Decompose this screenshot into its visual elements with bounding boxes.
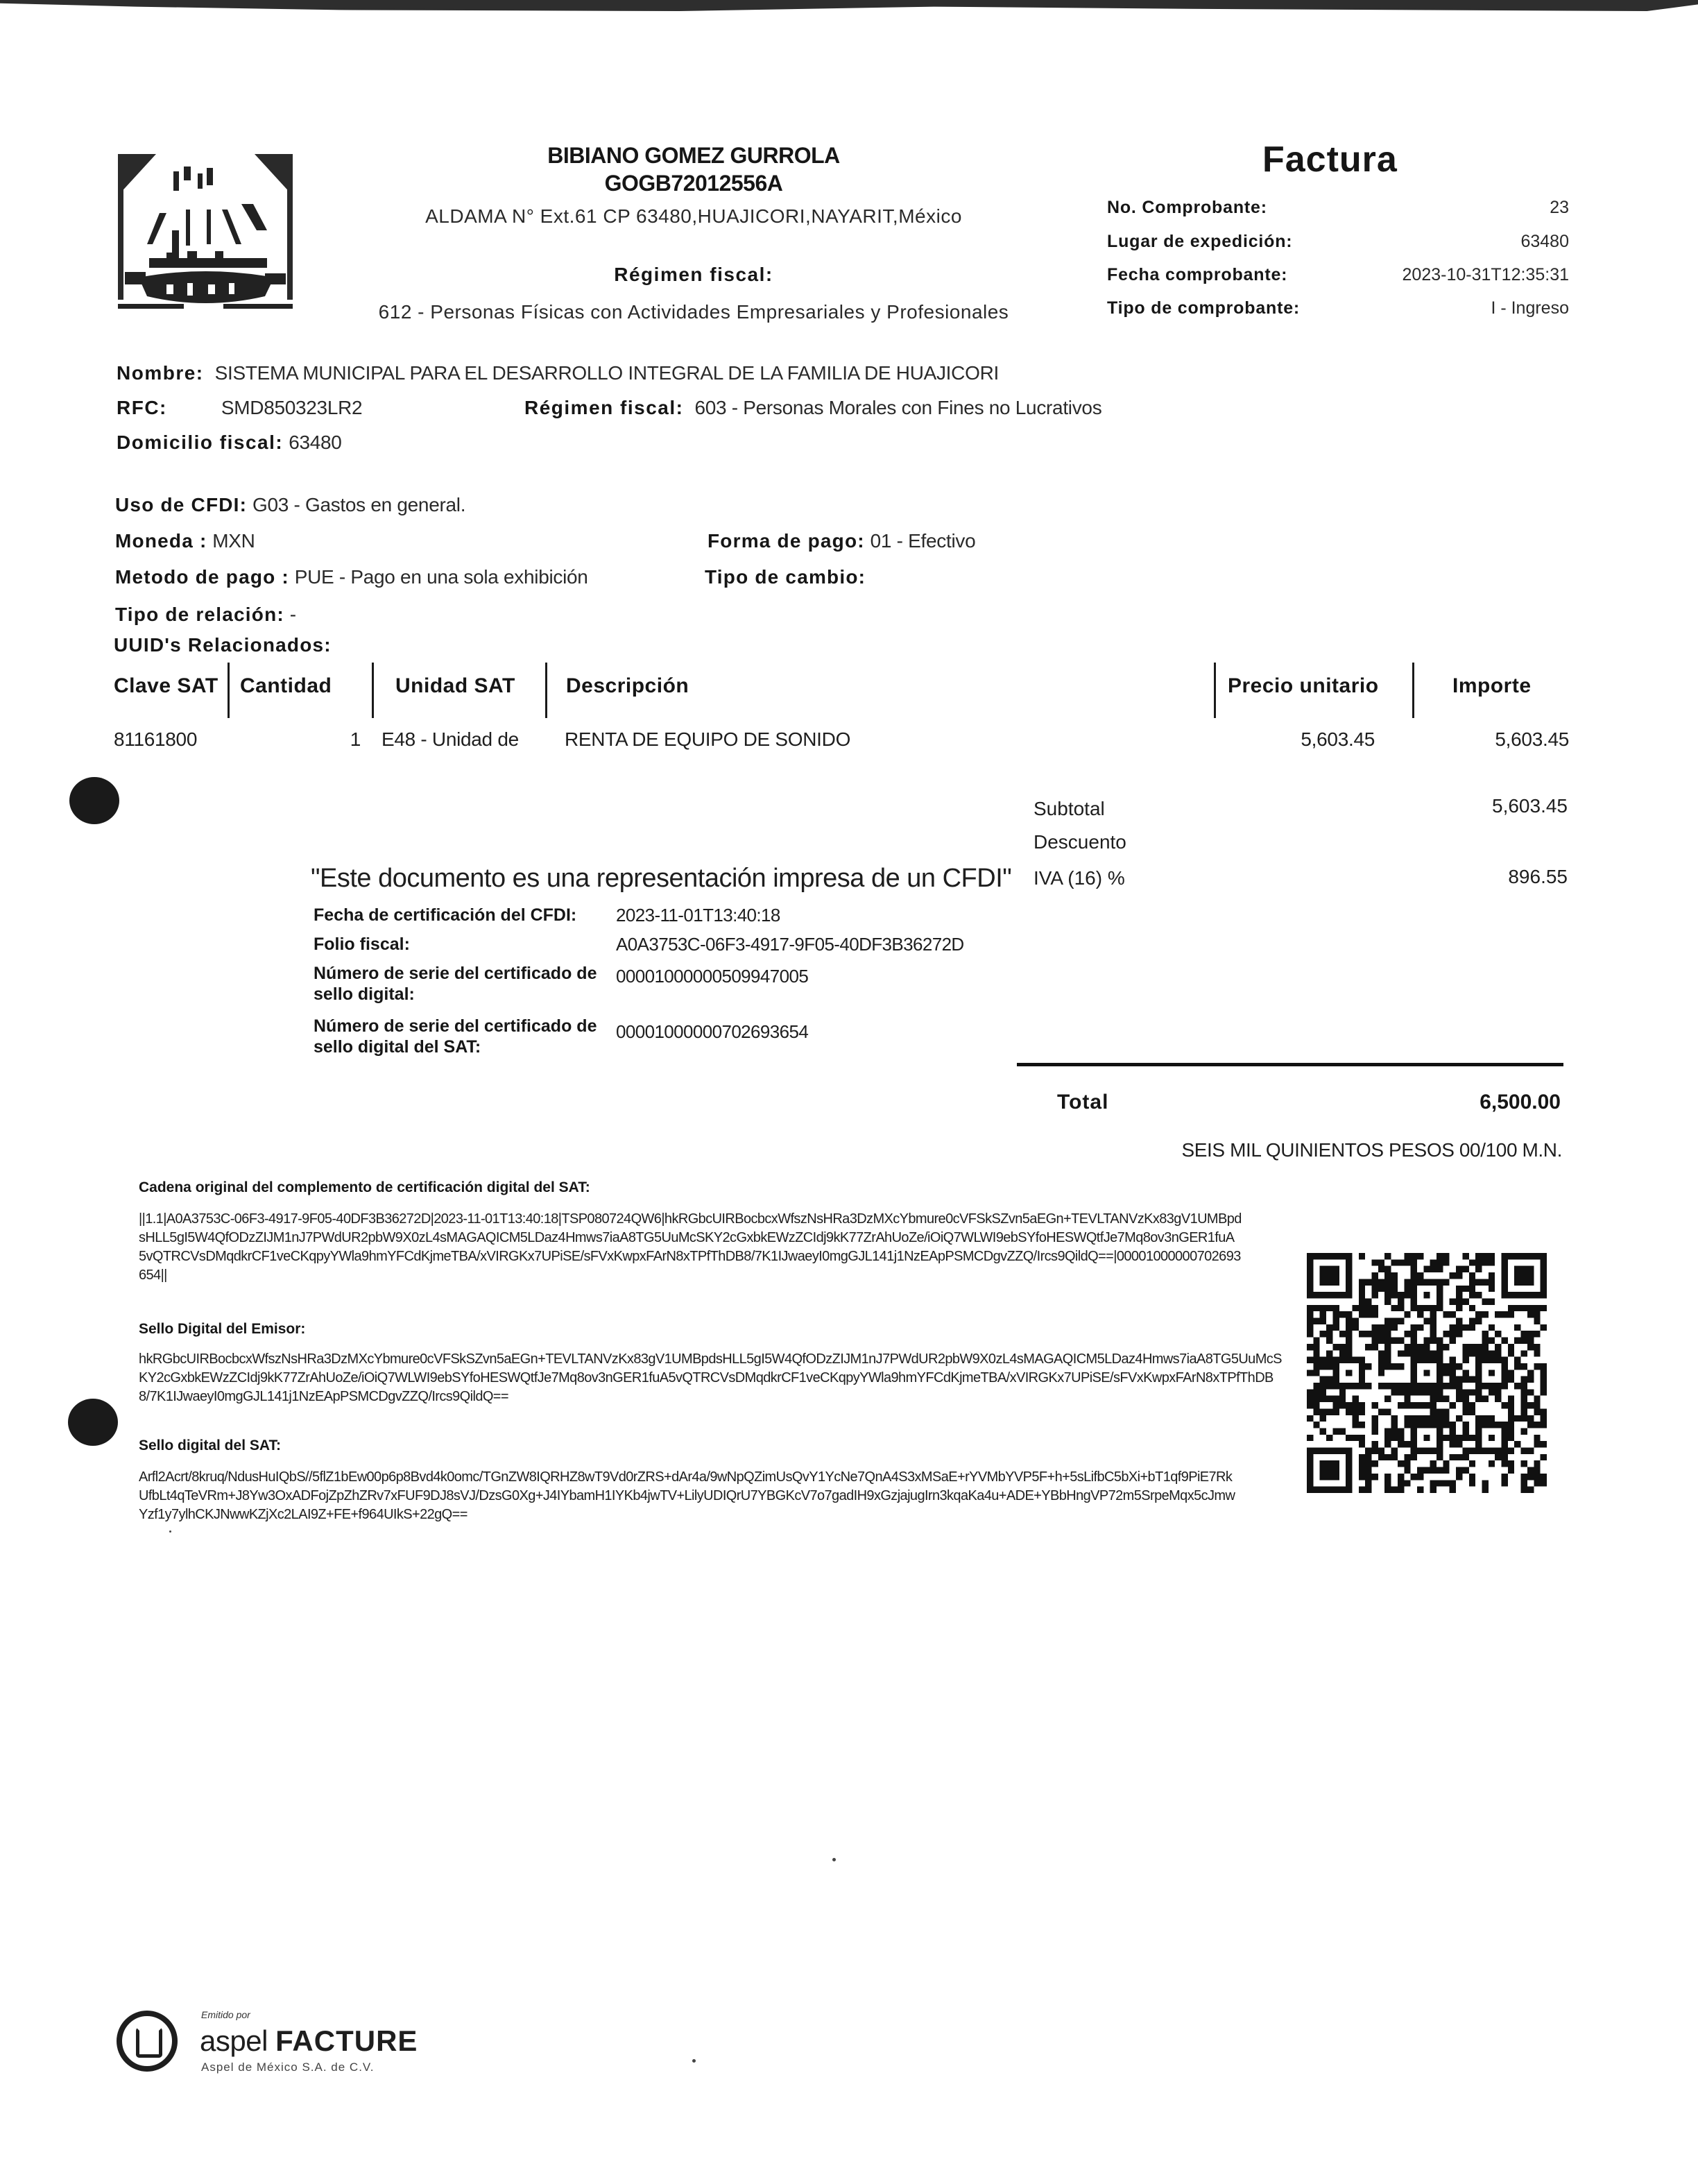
metodo-pago-row: Metodo de pago : PUE - Pago en una sola … xyxy=(115,566,588,588)
total-divider xyxy=(1017,1063,1563,1066)
receiver-domicilio-label: Domicilio fiscal: xyxy=(117,432,283,453)
uso-cfdi-label: Uso de CFDI: xyxy=(115,494,247,515)
forma-pago-value: 01 - Efectivo xyxy=(871,530,976,552)
issuer-address: ALDAMA N° Ext.61 CP 63480,HUAJICORI,NAYA… xyxy=(326,205,1061,228)
meta-tipo-comprobante: Tipo de comprobante: I - Ingreso xyxy=(1107,298,1569,318)
receiver-regimen-value: 603 - Personas Morales con Fines no Lucr… xyxy=(694,397,1101,418)
item-precio-unitario: 5,603.45 xyxy=(1301,728,1375,751)
cadena-original-text: ||1.1|A0A3753C-06F3-4917-9F05-40DF3B3627… xyxy=(139,1210,1242,1285)
meta-label: Tipo de comprobante: xyxy=(1107,298,1300,318)
subtotal-label: Subtotal xyxy=(1034,798,1105,820)
sello-sat-text: Arfl2Acrt/8kruq/NdusHuIQbS//5flZ1bEw00p6… xyxy=(139,1468,1242,1524)
receiver-regimen-row: Régimen fiscal:603 - Personas Morales co… xyxy=(524,397,1101,419)
issuer-name: BIBIANO GOMEZ GURROLA xyxy=(326,143,1061,169)
scan-speck xyxy=(692,2059,696,2063)
moneda-value: MXN xyxy=(212,530,255,552)
uuids-row: UUID's Relacionados: xyxy=(114,634,332,656)
metodo-pago-label: Metodo de pago : xyxy=(115,566,289,588)
total-value: 6,500.00 xyxy=(1480,1091,1561,1114)
column-header-importe: Importe xyxy=(1452,674,1532,698)
document-title: Factura xyxy=(1262,139,1401,180)
cfdi-representation-note: "Este documento es una representación im… xyxy=(311,864,1011,894)
forma-pago-label: Forma de pago: xyxy=(707,530,865,552)
qr-code-icon xyxy=(1307,1253,1547,1493)
aspel-logo-inner-icon xyxy=(136,2027,162,2058)
column-header-cantidad: Cantidad xyxy=(240,674,332,698)
footer-company: Aspel de México S.A. de C.V. xyxy=(201,2061,374,2074)
tipo-cambio-label: Tipo de cambio: xyxy=(705,566,866,588)
item-cantidad: 1 xyxy=(344,728,361,751)
issuer-regimen-value: 612 - Personas Físicas con Actividades E… xyxy=(326,301,1061,323)
footer-brand-light: aspel xyxy=(200,2024,268,2057)
uso-cfdi-row: Uso de CFDI: G03 - Gastos en general. xyxy=(115,494,465,516)
cert-folio-value: A0A3753C-06F3-4917-9F05-40DF3B36272D xyxy=(616,934,964,955)
scan-edge-shadow xyxy=(0,0,1698,11)
item-unidad-sat: E48 - Unidad de xyxy=(381,728,519,751)
issuer-rfc: GOGB72012556A xyxy=(326,171,1061,196)
total-label: Total xyxy=(1057,1091,1108,1114)
punch-hole xyxy=(68,1399,118,1446)
forma-pago-row: Forma de pago: 01 - Efectivo xyxy=(707,530,975,552)
issuer-regimen-label: Régimen fiscal: xyxy=(326,264,1061,286)
cadena-original-title: Cadena original del complemento de certi… xyxy=(139,1179,590,1196)
receiver-regimen-label: Régimen fiscal: xyxy=(524,397,683,418)
sello-emisor-title: Sello Digital del Emisor: xyxy=(139,1321,305,1338)
iva-value: 896.55 xyxy=(1508,866,1568,888)
meta-lugar-expedicion: Lugar de expedición: 63480 xyxy=(1107,232,1569,252)
column-separator xyxy=(1412,663,1414,718)
receiver-domicilio-row: Domicilio fiscal:63480 xyxy=(117,432,342,454)
cert-serie-sat-label: Número de serie del certificado de sello… xyxy=(314,1016,605,1057)
column-separator xyxy=(372,663,374,718)
item-descripcion: RENTA DE EQUIPO DE SONIDO xyxy=(565,728,850,751)
subtotal-value: 5,603.45 xyxy=(1492,795,1568,817)
column-separator xyxy=(545,663,547,718)
sello-sat-title: Sello digital del SAT: xyxy=(139,1437,281,1454)
receiver-rfc-row: RFC:SMD850323LR2 xyxy=(117,397,362,419)
meta-value: 2023-10-31T12:35:31 xyxy=(1403,265,1569,285)
cert-folio-label: Folio fiscal: xyxy=(314,934,605,955)
cert-fecha-value: 2023-11-01T13:40:18 xyxy=(616,905,780,926)
cert-fecha-label: Fecha de certificación del CFDI: xyxy=(314,905,605,925)
tipo-relacion-value: - xyxy=(290,604,296,625)
issuer-logo-image xyxy=(118,154,293,314)
column-header-clave-sat: Clave SAT xyxy=(114,674,218,698)
meta-label: No. Comprobante: xyxy=(1107,198,1267,218)
tipo-relacion-row: Tipo de relación: - xyxy=(115,604,296,626)
descuento-label: Descuento xyxy=(1034,831,1126,853)
cert-serie-emisor-label: Número de serie del certificado de sello… xyxy=(314,963,605,1005)
meta-no-comprobante: No. Comprobante: 23 xyxy=(1107,198,1569,218)
scan-speck xyxy=(832,1858,836,1861)
cert-serie-sat-value: 00001000000702693654 xyxy=(616,1021,808,1043)
meta-value: 63480 xyxy=(1520,232,1569,252)
tipo-cambio-row: Tipo de cambio: xyxy=(705,566,866,588)
amount-in-words: SEIS MIL QUINIENTOS PESOS 00/100 M.N. xyxy=(1182,1139,1563,1161)
meta-value: 23 xyxy=(1550,198,1569,218)
column-separator xyxy=(228,663,230,718)
footer-emitido-por: Emitido por xyxy=(201,2009,250,2020)
item-clave-sat: 81161800 xyxy=(114,728,197,751)
punch-hole xyxy=(69,777,119,824)
receiver-rfc-label: RFC: xyxy=(117,397,167,418)
footer-brand-bold: FACTURE xyxy=(275,2024,418,2057)
sello-emisor-text: hkRGbcUIRBocbcxWfszNsHRa3DzMXcYbmure0cVF… xyxy=(139,1350,1283,1406)
column-header-descripcion: Descripción xyxy=(566,674,689,698)
meta-value: I - Ingreso xyxy=(1491,298,1569,318)
column-header-unidad-sat: Unidad SAT xyxy=(395,674,515,698)
meta-fecha-comprobante: Fecha comprobante: 2023-10-31T12:35:31 xyxy=(1107,265,1569,285)
tipo-relacion-label: Tipo de relación: xyxy=(115,604,284,625)
column-separator xyxy=(1214,663,1216,718)
item-importe: 5,603.45 xyxy=(1495,728,1569,751)
meta-label: Lugar de expedición: xyxy=(1107,232,1292,252)
receiver-name-row: Nombre:SISTEMA MUNICIPAL PARA EL DESARRO… xyxy=(117,362,999,384)
column-header-precio-unitario: Precio unitario xyxy=(1228,674,1379,698)
receiver-name-value: SISTEMA MUNICIPAL PARA EL DESARROLLO INT… xyxy=(215,362,999,384)
cert-serie-emisor-value: 00001000000509947005 xyxy=(616,966,808,987)
moneda-row: Moneda : MXN xyxy=(115,530,255,552)
iva-label: IVA (16) % xyxy=(1034,867,1125,889)
receiver-rfc-value: SMD850323LR2 xyxy=(221,397,362,418)
meta-label: Fecha comprobante: xyxy=(1107,265,1287,285)
receiver-domicilio-value: 63480 xyxy=(289,432,341,453)
receiver-name-label: Nombre: xyxy=(117,362,204,384)
scan-speck xyxy=(169,1530,171,1533)
uso-cfdi-value: G03 - Gastos en general. xyxy=(252,494,465,515)
moneda-label: Moneda : xyxy=(115,530,207,552)
footer-brand: aspel FACTURE xyxy=(200,2024,418,2058)
metodo-pago-value: PUE - Pago en una sola exhibición xyxy=(295,566,588,588)
uuids-label: UUID's Relacionados: xyxy=(114,634,332,656)
